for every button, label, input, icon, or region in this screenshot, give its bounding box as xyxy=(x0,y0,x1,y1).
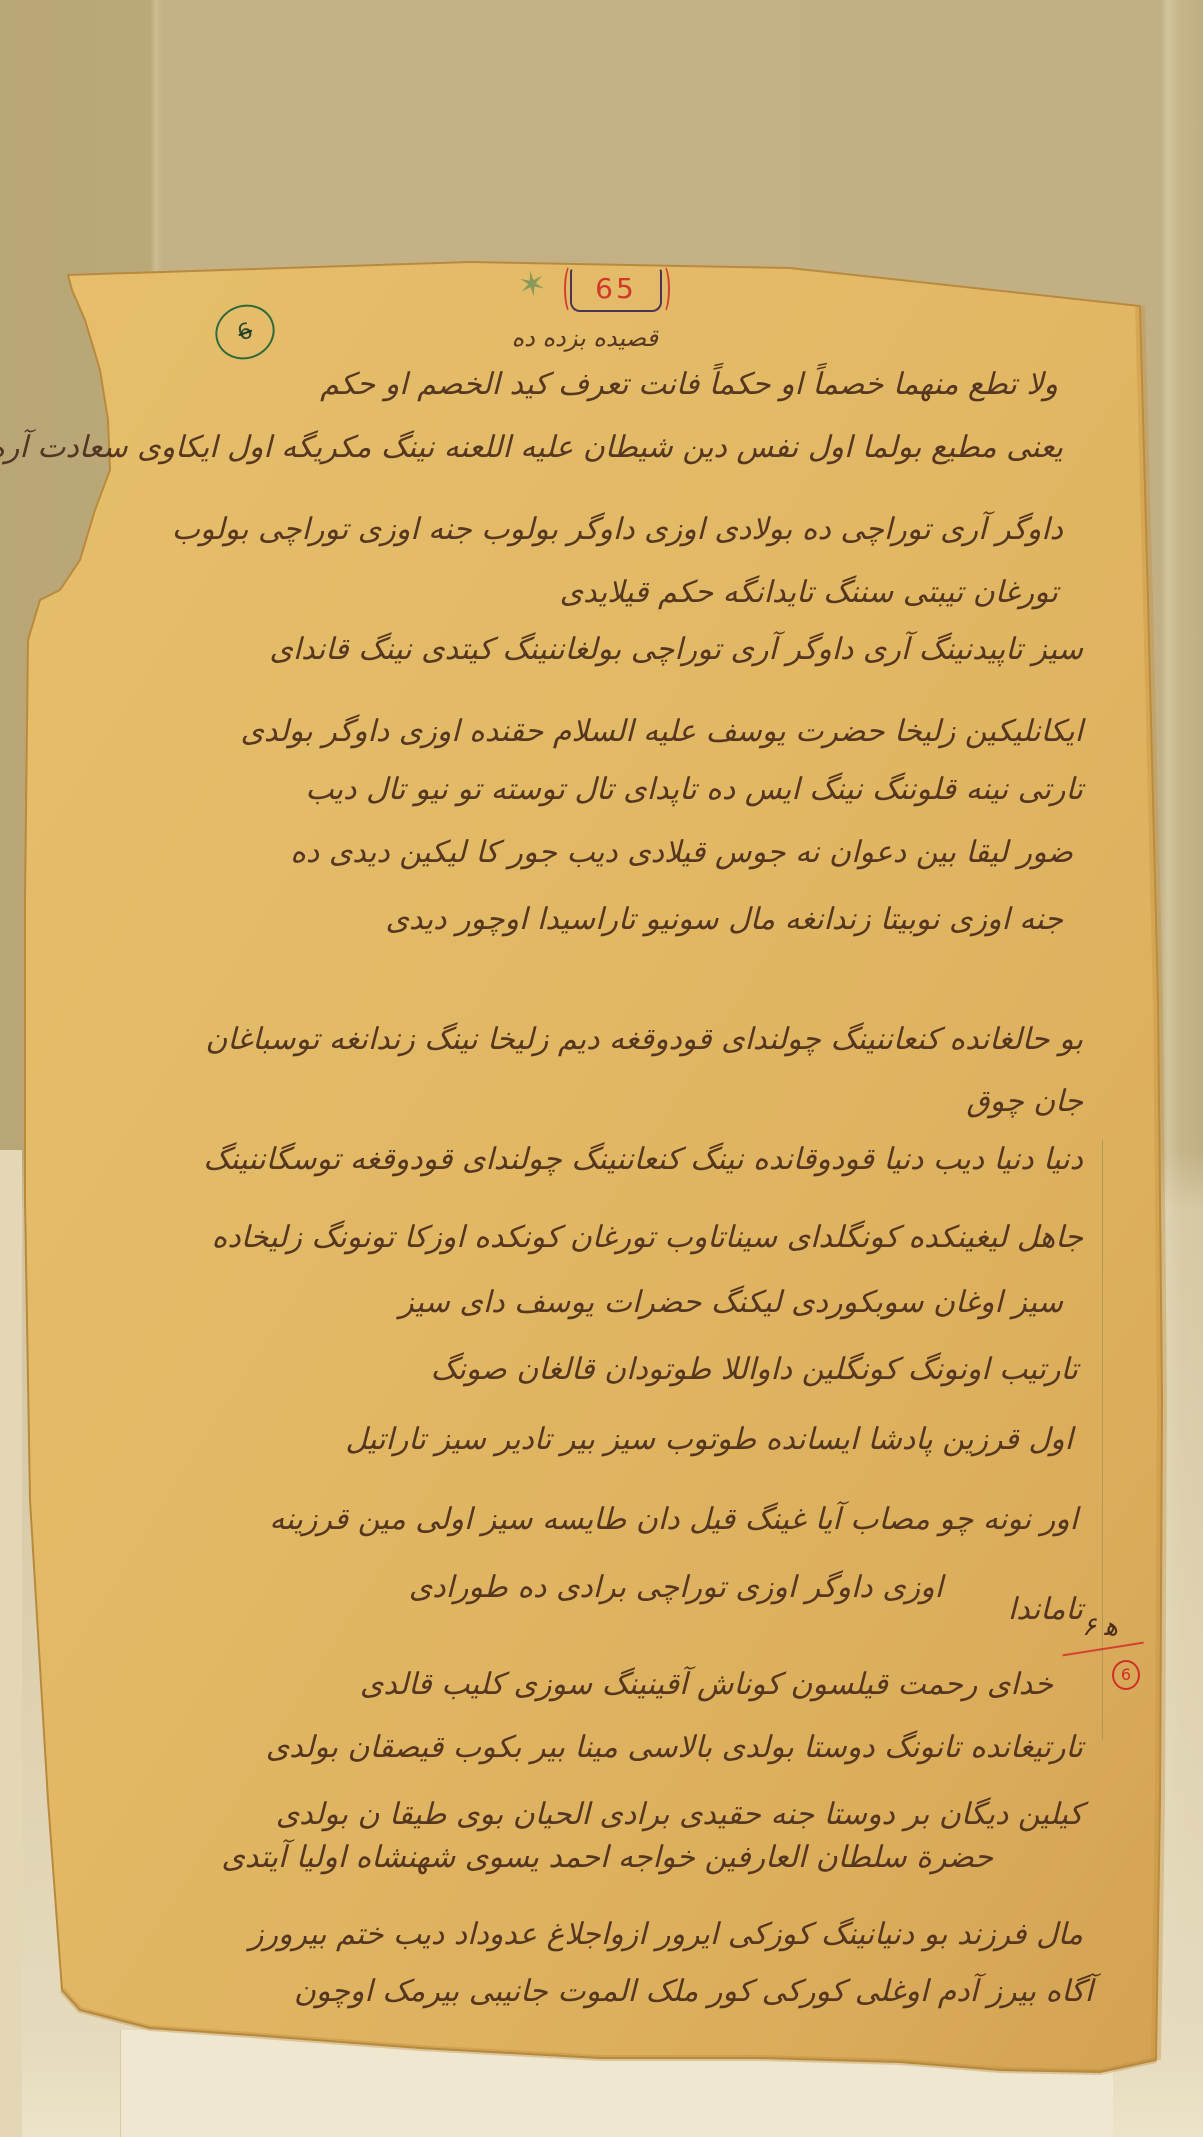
manuscript-line: سیز تاپیدنینگ آری داوگر آری توراچی بولغا… xyxy=(269,630,1083,670)
manuscript-line: بو حالغانده کنعاننینگ چولندای قودوقغه دی… xyxy=(205,1020,1083,1060)
manuscript-line: اوزی داوگر اوزی توراچی برادی ده طورادی xyxy=(409,1568,943,1608)
red-circled-number: 6 xyxy=(1112,1660,1140,1690)
manuscript-line: آگاه بیرز آدم اوغلی کورکی کور ملک الموت … xyxy=(294,1972,1093,2012)
manuscript-line: تارتی نینه قلوننگ نینگ ایس ده تاپدای تال… xyxy=(305,770,1083,810)
manuscript-line: اول قرزین پادشا ایسانده طوتوب سیز بیر تا… xyxy=(345,1420,1073,1460)
folio-number: 65 xyxy=(572,272,660,305)
manuscript-line: داوگر آری توراچی ده بولادی اوزی داوگر بو… xyxy=(172,510,1063,550)
manuscript-line: تارتیب اونونگ کونگلین داواللا طوتودان قا… xyxy=(431,1350,1078,1390)
manuscript-line: ولا تطع منهما خصماً او حکماً فانت تعرف ک… xyxy=(320,365,1058,405)
manuscript-line: کیلین دیگان بر دوستا جنه حقیدی برادی الح… xyxy=(276,1795,1083,1835)
manuscript-line: حضرة سلطان العارفین خواجه احمد یسوی شهنش… xyxy=(221,1838,993,1878)
manuscript-line: خدای رحمت قیلسون کوناش آقینینگ سوزی کلیب… xyxy=(360,1665,1053,1705)
manuscript-line: جاهل لیغینکده کونگلدای سیناتاوب تورغان ک… xyxy=(212,1218,1083,1258)
manuscript-line: تاماندا xyxy=(1008,1590,1083,1630)
margin-note: ﻫ ۶ xyxy=(1082,1612,1118,1642)
red-bracket-right xyxy=(656,264,670,314)
manuscript-line: ضور لیقا بین دعوان نه جوس قیلادی دیب جور… xyxy=(290,833,1073,873)
manuscript-line: جنه اوزی نوبیتا زندانغه مال سونیو تاراسی… xyxy=(386,900,1063,940)
green-star-mark: ✶ xyxy=(516,266,549,304)
crossed-out-number: 6 xyxy=(234,318,256,346)
folio-number-box: 65 xyxy=(570,268,662,312)
manuscript-leaf: ✶ 65 6 قصیده بزده ده ولا تطع منهما خصماً… xyxy=(0,0,1203,2137)
manuscript-line: مال فرزند بو دنیانینگ کوزکی ایرور ازواجل… xyxy=(249,1915,1083,1955)
manuscript-line: جان چوق xyxy=(966,1082,1083,1122)
manuscript-line: یعنی مطیع بولما اول نفس دین شیطان علیه ا… xyxy=(0,428,1063,468)
manuscript-line: تورغان تیبتی سننگ تایدانگه حکم قیلایدی xyxy=(560,573,1058,613)
manuscript-line: سیز اوغان سوبکوردی لیکنگ حضرات یوسف دای … xyxy=(399,1283,1063,1323)
manuscript-line: تارتیغانده تانونگ دوستا بولدی بالاسی مین… xyxy=(266,1728,1083,1768)
manuscript-line: اور نونه چو مصاب آیا غینگ قیل دان طایسه … xyxy=(269,1500,1078,1540)
manuscript-line: ایکانلیکین زلیخا حضرت یوسف علیه السلام ح… xyxy=(240,712,1083,752)
manuscript-line: دنیا دنیا دیب دنیا قودوقانده نینگ کنعانن… xyxy=(203,1140,1083,1180)
manuscript-line-heading: قصیده بزده ده xyxy=(512,318,658,358)
